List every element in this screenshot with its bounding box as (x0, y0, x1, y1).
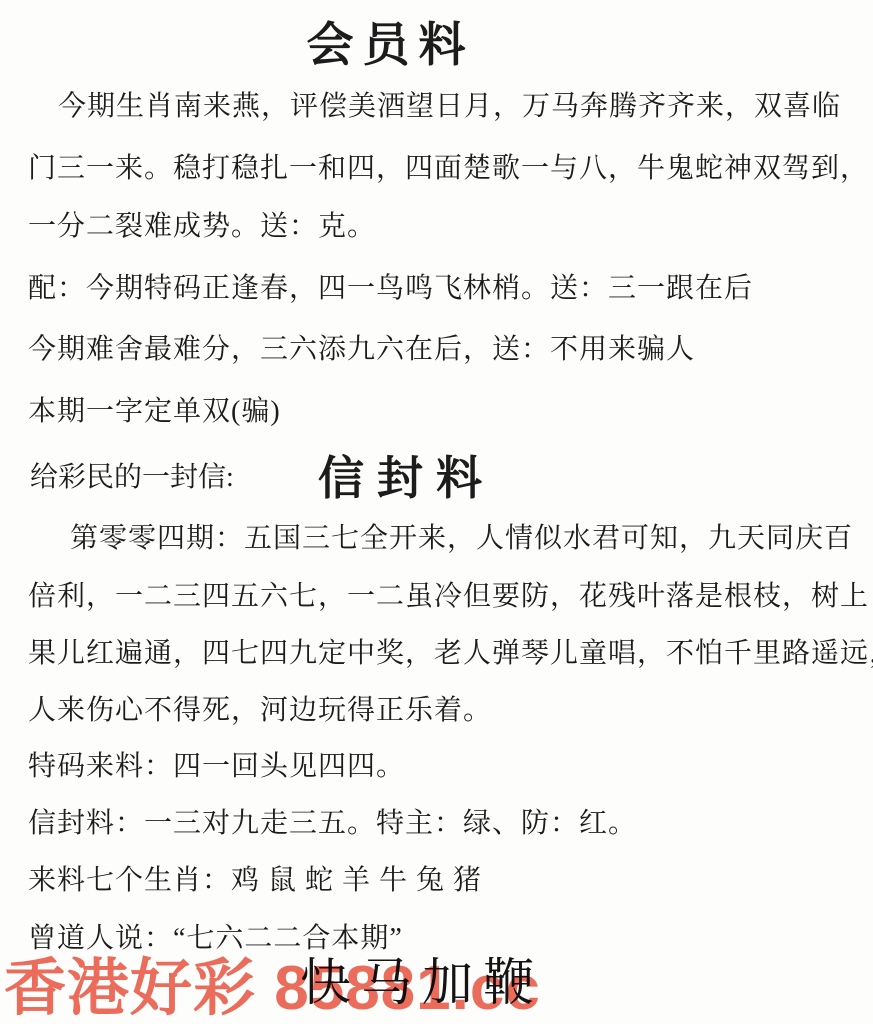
envelope-line: 果儿红遍通，四七四九定中奖，老人弹琴儿童唱，不怕千里路遥远， (28, 631, 873, 671)
envelope-line: 信封料：一三对九走三五。特主：绿、防：红。 (28, 801, 637, 841)
site-watermark: 香港好彩 85881.cc (4, 938, 541, 1024)
envelope-line: 第零零四期：五国三七全开来，人情似水君可知，九天同庆百 (28, 516, 853, 556)
envelope-line: 人来伤心不得死，河边玩得正乐着。 (28, 688, 492, 728)
envelope-section-heading: 信封料 (318, 442, 495, 508)
envelope-line: 倍利，一二三四五六七，一二虽冷但要防，花残叶落是根枝，树上 (28, 574, 869, 614)
member-line: 门三一来。稳打稳扎一和四，四面楚歌一与八，牛鬼蛇神双驾到， (28, 146, 869, 186)
envelope-line: 来料七个生肖：鸡 鼠 蛇 羊 牛 兔 猪 (28, 858, 482, 898)
page-title: 会员料 (0, 8, 827, 75)
envelope-intro-label: 给彩民的一封信: (30, 455, 234, 495)
envelope-line: 特码来料：四一回头见四四。 (28, 744, 405, 784)
member-line: 一分二裂难成势。送：克。 (28, 204, 376, 244)
member-line: 今期生肖南来燕，评偿美酒望日月，万马奔腾齐齐来，双喜临 (28, 84, 841, 124)
scanned-tip-sheet-page: 会员料 今期生肖南来燕，评偿美酒望日月，万马奔腾齐齐来，双喜临 门三一来。稳打稳… (0, 0, 873, 1024)
member-line: 本期一字定单双(骗) (28, 389, 281, 429)
member-line: 配：今期特码正逢春，四一鸟鸣飞林梢。送：三一跟在后 (28, 266, 753, 306)
member-line: 今期难舍最难分，三六添九六在后，送：不用来骗人 (28, 327, 695, 367)
